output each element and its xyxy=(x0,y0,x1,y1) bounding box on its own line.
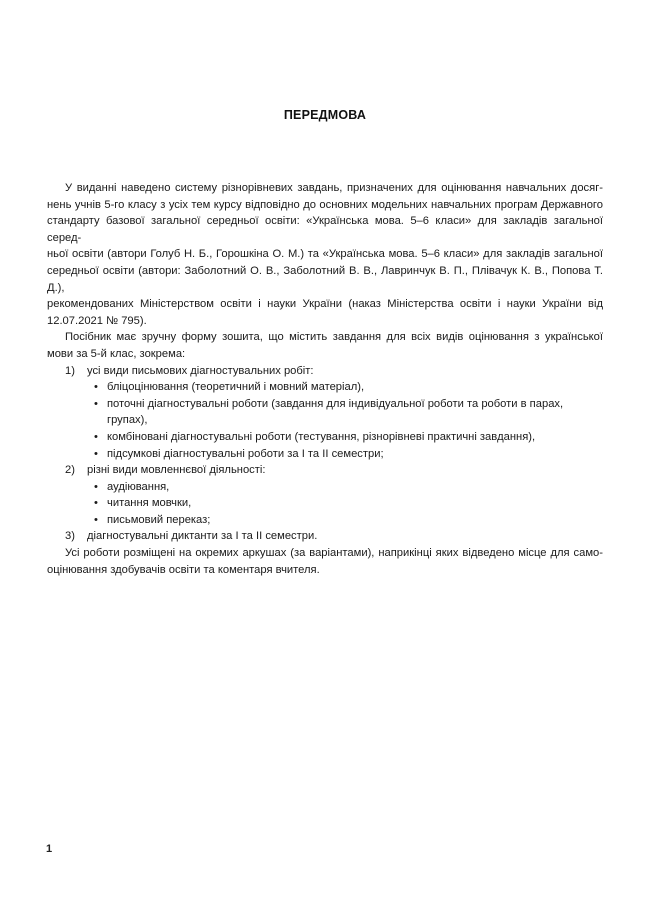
text-line: 12.07.2021 № 795). xyxy=(47,313,603,330)
list-number: 1) xyxy=(65,363,75,380)
list-item: 2) різні види мовленнєвої діяльності: xyxy=(47,462,603,479)
bullet-icon: • xyxy=(94,479,98,496)
text-line: стандарту базової загальної середньої ос… xyxy=(47,213,603,246)
list-item-text: різні види мовленнєвої діяльності: xyxy=(87,462,603,479)
bullet-item: • поточні діагностувальні роботи (завдан… xyxy=(47,396,603,429)
bullet-item: • підсумкові діагностувальні роботи за І… xyxy=(47,446,603,463)
text-line: оцінювання здобувачів освіти та коментар… xyxy=(47,562,603,579)
assessment-list: 1) усі види письмових діагностувальних р… xyxy=(47,363,603,546)
bullet-text: письмовий переказ; xyxy=(107,512,603,529)
preface-body: У виданні наведено систему різнорівневих… xyxy=(47,180,603,578)
list-item-text: діагностувальні диктанти за І та ІІ семе… xyxy=(87,528,603,545)
list-number: 3) xyxy=(65,528,75,545)
text-line: середньої освіти (автори: Заболотний О. … xyxy=(47,263,603,296)
bullet-item: • комбіновані діагностувальні роботи (те… xyxy=(47,429,603,446)
second-paragraph: Посібник має зручну форму зошита, що міс… xyxy=(47,329,603,362)
document-page: ПЕРЕДМОВА У виданні наведено систему різ… xyxy=(0,0,650,900)
list-item: 1) усі види письмових діагностувальних р… xyxy=(47,363,603,380)
bullet-item: • читання мовчки, xyxy=(47,495,603,512)
text-line: Посібник має зручну форму зошита, що міс… xyxy=(47,329,603,346)
closing-paragraph: Усі роботи розміщені на окремих аркушах … xyxy=(47,545,603,578)
bullet-text: комбіновані діагностувальні роботи (тест… xyxy=(107,429,603,446)
bullet-text: читання мовчки, xyxy=(107,495,603,512)
bullet-icon: • xyxy=(94,512,98,529)
bullet-icon: • xyxy=(94,379,98,396)
list-number: 2) xyxy=(65,462,75,479)
page-title: ПЕРЕДМОВА xyxy=(0,108,650,122)
bullet-icon: • xyxy=(94,495,98,512)
text-line: У виданні наведено систему різнорівневих… xyxy=(47,180,603,197)
text-line: мови за 5-й клас, зокрема: xyxy=(47,346,603,363)
bullet-text: підсумкові діагностувальні роботи за І т… xyxy=(107,446,603,463)
bullet-text: поточні діагностувальні роботи (завдання… xyxy=(107,396,603,413)
bullet-text: групах), xyxy=(107,412,603,429)
bullet-icon: • xyxy=(94,446,98,463)
bullet-text: аудіювання, xyxy=(107,479,603,496)
list-item: 3) діагностувальні диктанти за І та ІІ с… xyxy=(47,528,603,545)
bullet-item: • аудіювання, xyxy=(47,479,603,496)
bullet-text: бліцоцінювання (теоретичний і мовний мат… xyxy=(107,379,603,396)
intro-paragraph: У виданні наведено систему різнорівневих… xyxy=(47,180,603,329)
page-number: 1 xyxy=(46,843,52,855)
bullet-item: • бліцоцінювання (теоретичний і мовний м… xyxy=(47,379,603,396)
list-item-text: усі види письмових діагностувальних робі… xyxy=(87,363,603,380)
text-line: ньої освіти (автори Голуб Н. Б., Горошкі… xyxy=(47,246,603,263)
text-line: Усі роботи розміщені на окремих аркушах … xyxy=(47,545,603,562)
bullet-icon: • xyxy=(94,396,98,413)
bullet-item: • письмовий переказ; xyxy=(47,512,603,529)
bullet-icon: • xyxy=(94,429,98,446)
text-line: рекомендованих Міністерством освіти і на… xyxy=(47,296,603,313)
text-line: нень учнів 5-го класу з усіх тем курсу в… xyxy=(47,197,603,214)
